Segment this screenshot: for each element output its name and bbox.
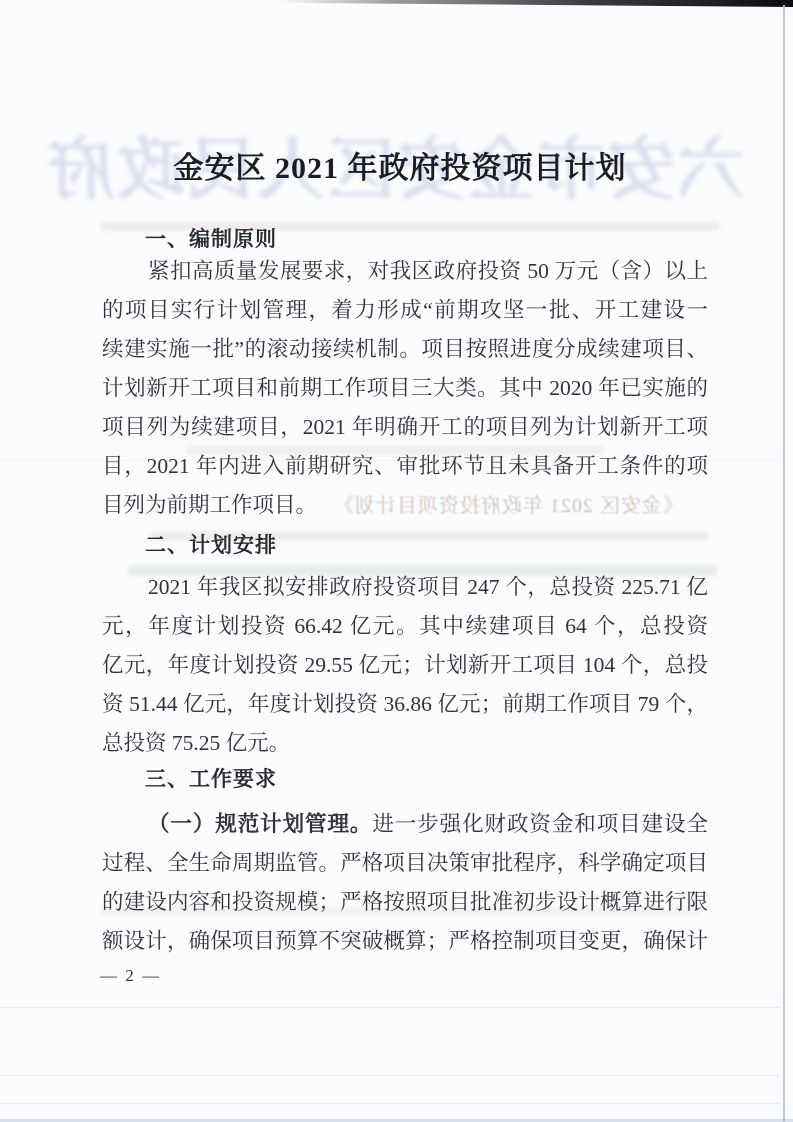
body-line: 目列为前期工作项目。 [102, 486, 708, 525]
body-line: 总投资 75.25 亿元。 [102, 724, 708, 763]
section-heading-2: 二、计划安排 [145, 531, 277, 561]
body-line: 额设计，确保项目预算不突破概算；严格控制项目变更，确保计 [102, 922, 708, 961]
body-line: 的项目实行计划管理，着力形成“前期攻坚一批、开工建设一批、 [102, 291, 708, 330]
paragraph-lead-bold: （一）规范计划管理。 [148, 812, 372, 836]
scan-edge-right [783, 5, 785, 1122]
body-line: 元，年度计划投资 66.42 亿元。其中续建项目 64 个，总投资 99.01 [102, 607, 708, 646]
paper-streak [0, 1075, 781, 1076]
section-heading-1: 一、编制原则 [145, 225, 277, 255]
body-line: 紧扣高质量发展要求，对我区政府投资 50 万元（含）以上 [102, 252, 708, 291]
body-line: 的建设内容和投资规模；严格按照项目批准初步设计概算进行限 [102, 883, 708, 922]
paper-streak [0, 1103, 781, 1104]
body-line: 过程、全生命周期监管。严格项目决策审批程序，科学确定项目 [102, 844, 708, 883]
paper-streak [0, 1007, 781, 1008]
body-line: 续建实施一批”的滚动接续机制。项目按照进度分成续建项目、 [102, 330, 708, 369]
scan-edge-top [280, 0, 793, 7]
body-line: 目，2021 年内进入前期研究、审批环节且未具备开工条件的项 [102, 447, 708, 486]
body-line: 亿元，年度计划投资 29.55 亿元；计划新开工项目 104 个，总投 [102, 646, 708, 685]
document-title: 金安区 2021 年政府投资项目计划 [45, 149, 755, 189]
body-line: （一）规范计划管理。进一步强化财政资金和项目建设全 [102, 805, 708, 844]
body-line: 计划新开工项目和前期工作项目三大类。其中 2020 年已实施的 [102, 369, 708, 408]
paragraph-lead-rest: 进一步强化财政资金和项目建设全 [372, 812, 708, 836]
body-line: 资 51.44 亿元，年度计划投资 36.86 亿元；前期工作项目 79 个， [102, 685, 708, 724]
page-number: — 2 — [100, 962, 210, 990]
scanned-page: 六安市金安区人民政府 《金安区 2021 年政府投资项目计划》 金安区 2021… [0, 0, 793, 1122]
section-heading-3: 三、工作要求 [145, 765, 277, 795]
body-line: 项目列为续建项目，2021 年明确开工的项目列为计划新开工项 [102, 408, 708, 447]
body-line: 2021 年我区拟安排政府投资项目 247 个，总投资 225.71 亿 [102, 568, 708, 607]
